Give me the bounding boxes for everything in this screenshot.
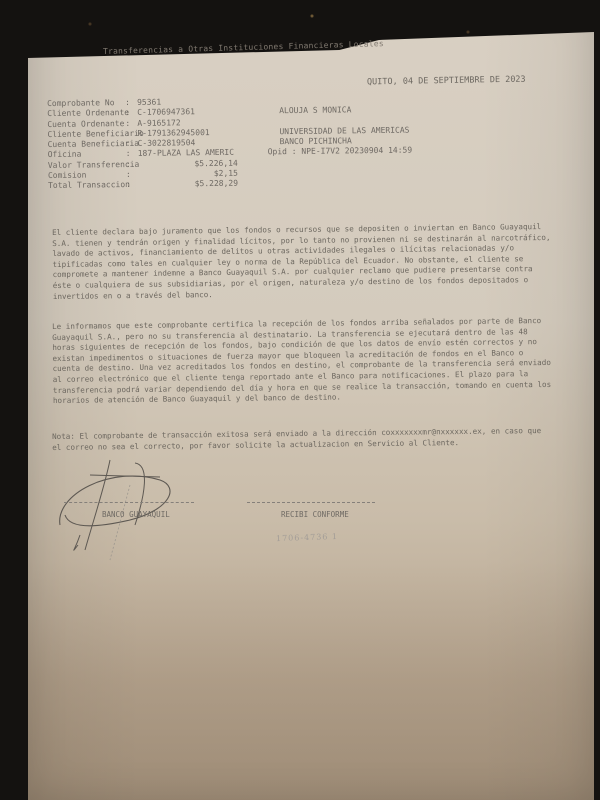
field-colon: : <box>125 108 137 118</box>
field-extra: ALOUJA S MONICA <box>279 106 351 117</box>
field-colon: : <box>125 118 137 128</box>
signature-line-bank <box>64 502 194 503</box>
field-colon: : <box>126 170 138 180</box>
field-label: Total Transaccion <box>48 180 126 191</box>
field-colon: : <box>125 98 137 108</box>
field-extra: Opid : NPE-I7V2 20230904 14:59 <box>268 146 413 158</box>
declaration-paragraph: El cliente declara bajo juramento que lo… <box>52 222 553 302</box>
field-colon: : <box>125 129 137 139</box>
information-paragraph: Le informamos que este comprobante certi… <box>52 316 553 407</box>
field-colon: : <box>126 149 138 159</box>
transaction-fields: Comprobante No : 95361 Cliente Ordenante… <box>47 95 413 192</box>
signature-label-recipient: RECIBI CONFORME <box>281 510 349 519</box>
field-colon: : <box>126 160 138 170</box>
field-colon: : <box>125 139 137 149</box>
field-colon: : <box>126 180 138 190</box>
field-value: $5.228,29 <box>138 179 238 191</box>
signature-label-bank: BANCO GUAYAQUIL <box>102 510 170 519</box>
signature-line-recipient <box>247 502 375 503</box>
information-text: Le informamos que este comprobante certi… <box>52 316 553 407</box>
declaration-text: El cliente declara bajo juramento que lo… <box>52 222 553 302</box>
